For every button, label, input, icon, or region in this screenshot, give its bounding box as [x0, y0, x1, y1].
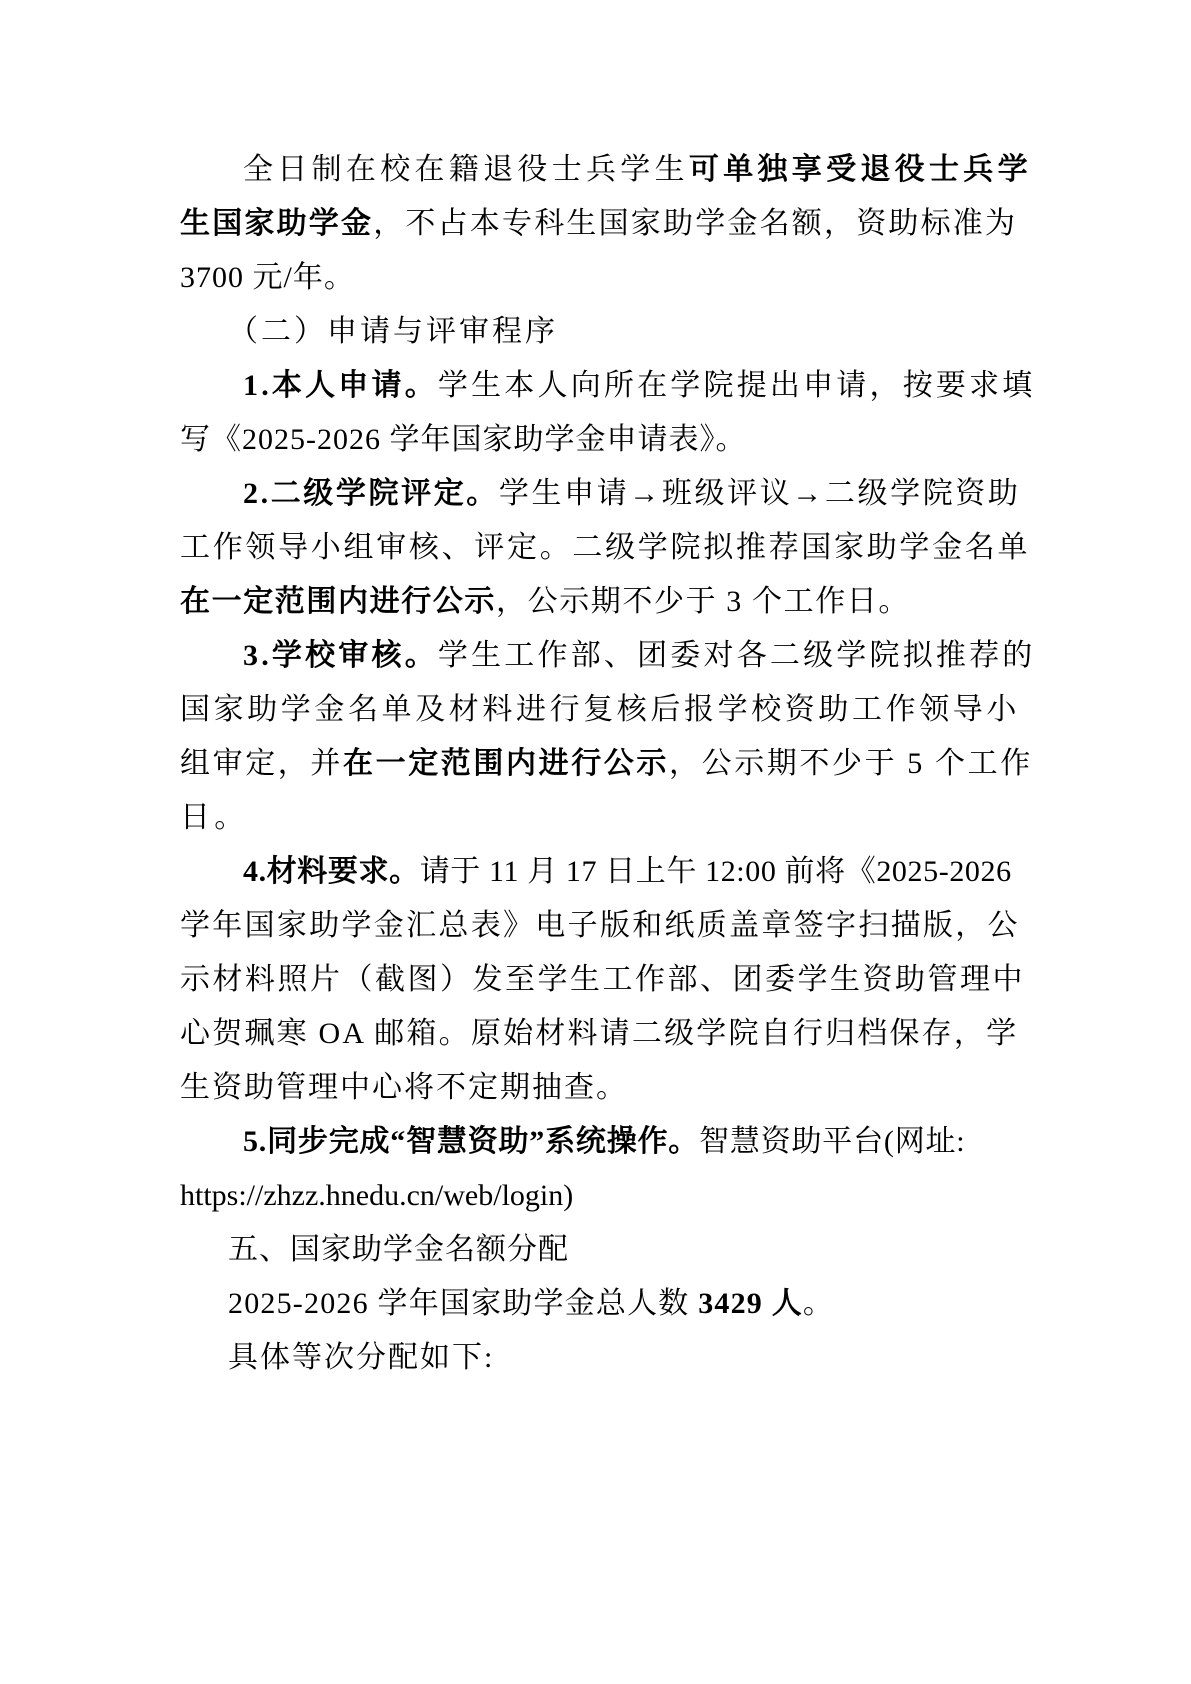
- step-2-line-3: 在一定范围内进行公示，公示期不少于 3 个工作日。: [180, 582, 1010, 622]
- text: 具体等次分配如下:: [228, 1341, 494, 1374]
- step-2-line-2: 工作领导小组审核、评定。二级学院拟推荐国家助学金名单: [180, 528, 1010, 568]
- step-4-line-3: 示材料照片（截图）发至学生工作部、团委学生资助管理中: [180, 960, 1010, 1000]
- heading-text: （二）申请与评审程序: [228, 314, 558, 349]
- step-5-title: 5.同步完成“智慧资助”系统操作。: [243, 1125, 699, 1158]
- document-page: 全日制在校在籍退役士兵学生可单独享受退役士兵学 生国家助学金，不占本专科生国家助…: [0, 0, 1191, 1684]
- step-3-line-4: 日。: [180, 798, 1010, 838]
- paragraph-veteran-grant-line-2: 生国家助学金，不占本专科生国家助学金名额，资助标准为: [180, 204, 1010, 244]
- text: 3700 元/年。: [180, 261, 355, 294]
- step-2-title: 2.二级学院评定。: [243, 477, 499, 510]
- step-3-line-1: 3.学校审核。学生工作部、团委对各二级学院拟推荐的: [243, 636, 1010, 676]
- bold-text: 在一定范围内进行公示: [343, 747, 669, 780]
- bold-text: 可单独享受退役士兵学: [689, 153, 1032, 186]
- step-2-line-1: 2.二级学院评定。学生申请→班级评议→二级学院资助: [243, 474, 1010, 514]
- step-4-line-2: 学年国家助学金汇总表》电子版和纸质盖章签字扫描版，公: [180, 906, 1010, 946]
- step-3-line-2: 国家助学金名单及材料进行复核后报学校资助工作领导小: [180, 690, 1010, 730]
- text: 写《2025-2026 学年国家助学金申请表》。: [180, 423, 747, 456]
- distribution-intro-line: 具体等次分配如下:: [228, 1338, 1058, 1378]
- text: 学生本人向所在学院提出申请，按要求填: [438, 369, 1036, 402]
- step-4-line-5: 生资助管理中心将不定期抽查。: [180, 1068, 1010, 1108]
- total-count-line: 2025-2026 学年国家助学金总人数 3429 人。: [228, 1284, 1058, 1324]
- text: 示材料照片（截图）发至学生工作部、团委学生资助管理中: [180, 963, 1025, 996]
- text: 。: [803, 1287, 834, 1320]
- bold-text: 生国家助学金: [180, 207, 373, 240]
- text: ，公示期不少于 3 个工作日。: [496, 585, 910, 618]
- text: 国家助学金名单及材料进行复核后报学校资助工作领导小: [180, 693, 1020, 726]
- bold-text: 在一定范围内进行公示: [180, 585, 496, 618]
- section-heading-application-procedure: （二）申请与评审程序: [228, 312, 1058, 352]
- step-3-title: 3.学校审核。: [243, 639, 438, 672]
- text: 工作领导小组审核、评定。二级学院拟推荐国家助学金名单: [180, 531, 1030, 564]
- step-1-line-1: 1.本人申请。学生本人向所在学院提出申请，按要求填: [243, 366, 1010, 406]
- platform-url: https://zhzz.hnedu.cn/web/login): [180, 1179, 573, 1212]
- text: 学生工作部、团委对各二级学院拟推荐的: [438, 639, 1036, 672]
- paragraph-veteran-grant-line-3: 3700 元/年。: [180, 258, 1010, 298]
- section-heading-quota-allocation: 五、国家助学金名额分配: [228, 1230, 1058, 1270]
- total-count-value: 3429 人: [698, 1287, 803, 1320]
- step-5-line-1: 5.同步完成“智慧资助”系统操作。智慧资助平台(网址:: [243, 1122, 1010, 1162]
- paragraph-veteran-grant-line-1: 全日制在校在籍退役士兵学生可单独享受退役士兵学: [243, 150, 1010, 190]
- step-1-title: 1.本人申请。: [243, 369, 438, 402]
- text: 智慧资助平台(网址:: [699, 1125, 965, 1158]
- text: 组审定，并: [180, 747, 343, 780]
- heading-text: 五、国家助学金名额分配: [228, 1232, 569, 1267]
- text: 全日制在校在籍退役士兵学生: [243, 153, 689, 186]
- text: 请于 11 月 17 日上午 12:00 前将《2025-2026: [420, 855, 1012, 888]
- step-3-line-3: 组审定，并在一定范围内进行公示，公示期不少于 5 个工作: [180, 744, 1010, 784]
- step-4-line-4: 心贺珮寒 OA 邮箱。原始材料请二级学院自行归档保存，学: [180, 1014, 1010, 1054]
- step-1-line-2: 写《2025-2026 学年国家助学金申请表》。: [180, 420, 1010, 460]
- step-5-line-2: https://zhzz.hnedu.cn/web/login): [180, 1176, 1010, 1216]
- step-4-title: 4.材料要求。: [243, 855, 420, 888]
- text: 学年国家助学金汇总表》电子版和纸质盖章签字扫描版，公: [180, 909, 1020, 942]
- step-4-line-1: 4.材料要求。请于 11 月 17 日上午 12:00 前将《2025-2026: [243, 852, 1010, 892]
- text: 生资助管理中心将不定期抽查。: [180, 1071, 628, 1104]
- text: ，公示期不少于 5 个工作: [669, 747, 1033, 780]
- text: 日。: [180, 801, 249, 834]
- text: 2025-2026 学年国家助学金总人数: [228, 1287, 698, 1320]
- text: 心贺珮寒 OA 邮箱。原始材料请二级学院自行归档保存，学: [180, 1017, 1018, 1050]
- text: ，不占本专科生国家助学金名额，资助标准为: [373, 207, 1017, 240]
- text: 学生申请→班级评议→二级学院资助: [499, 477, 1021, 510]
